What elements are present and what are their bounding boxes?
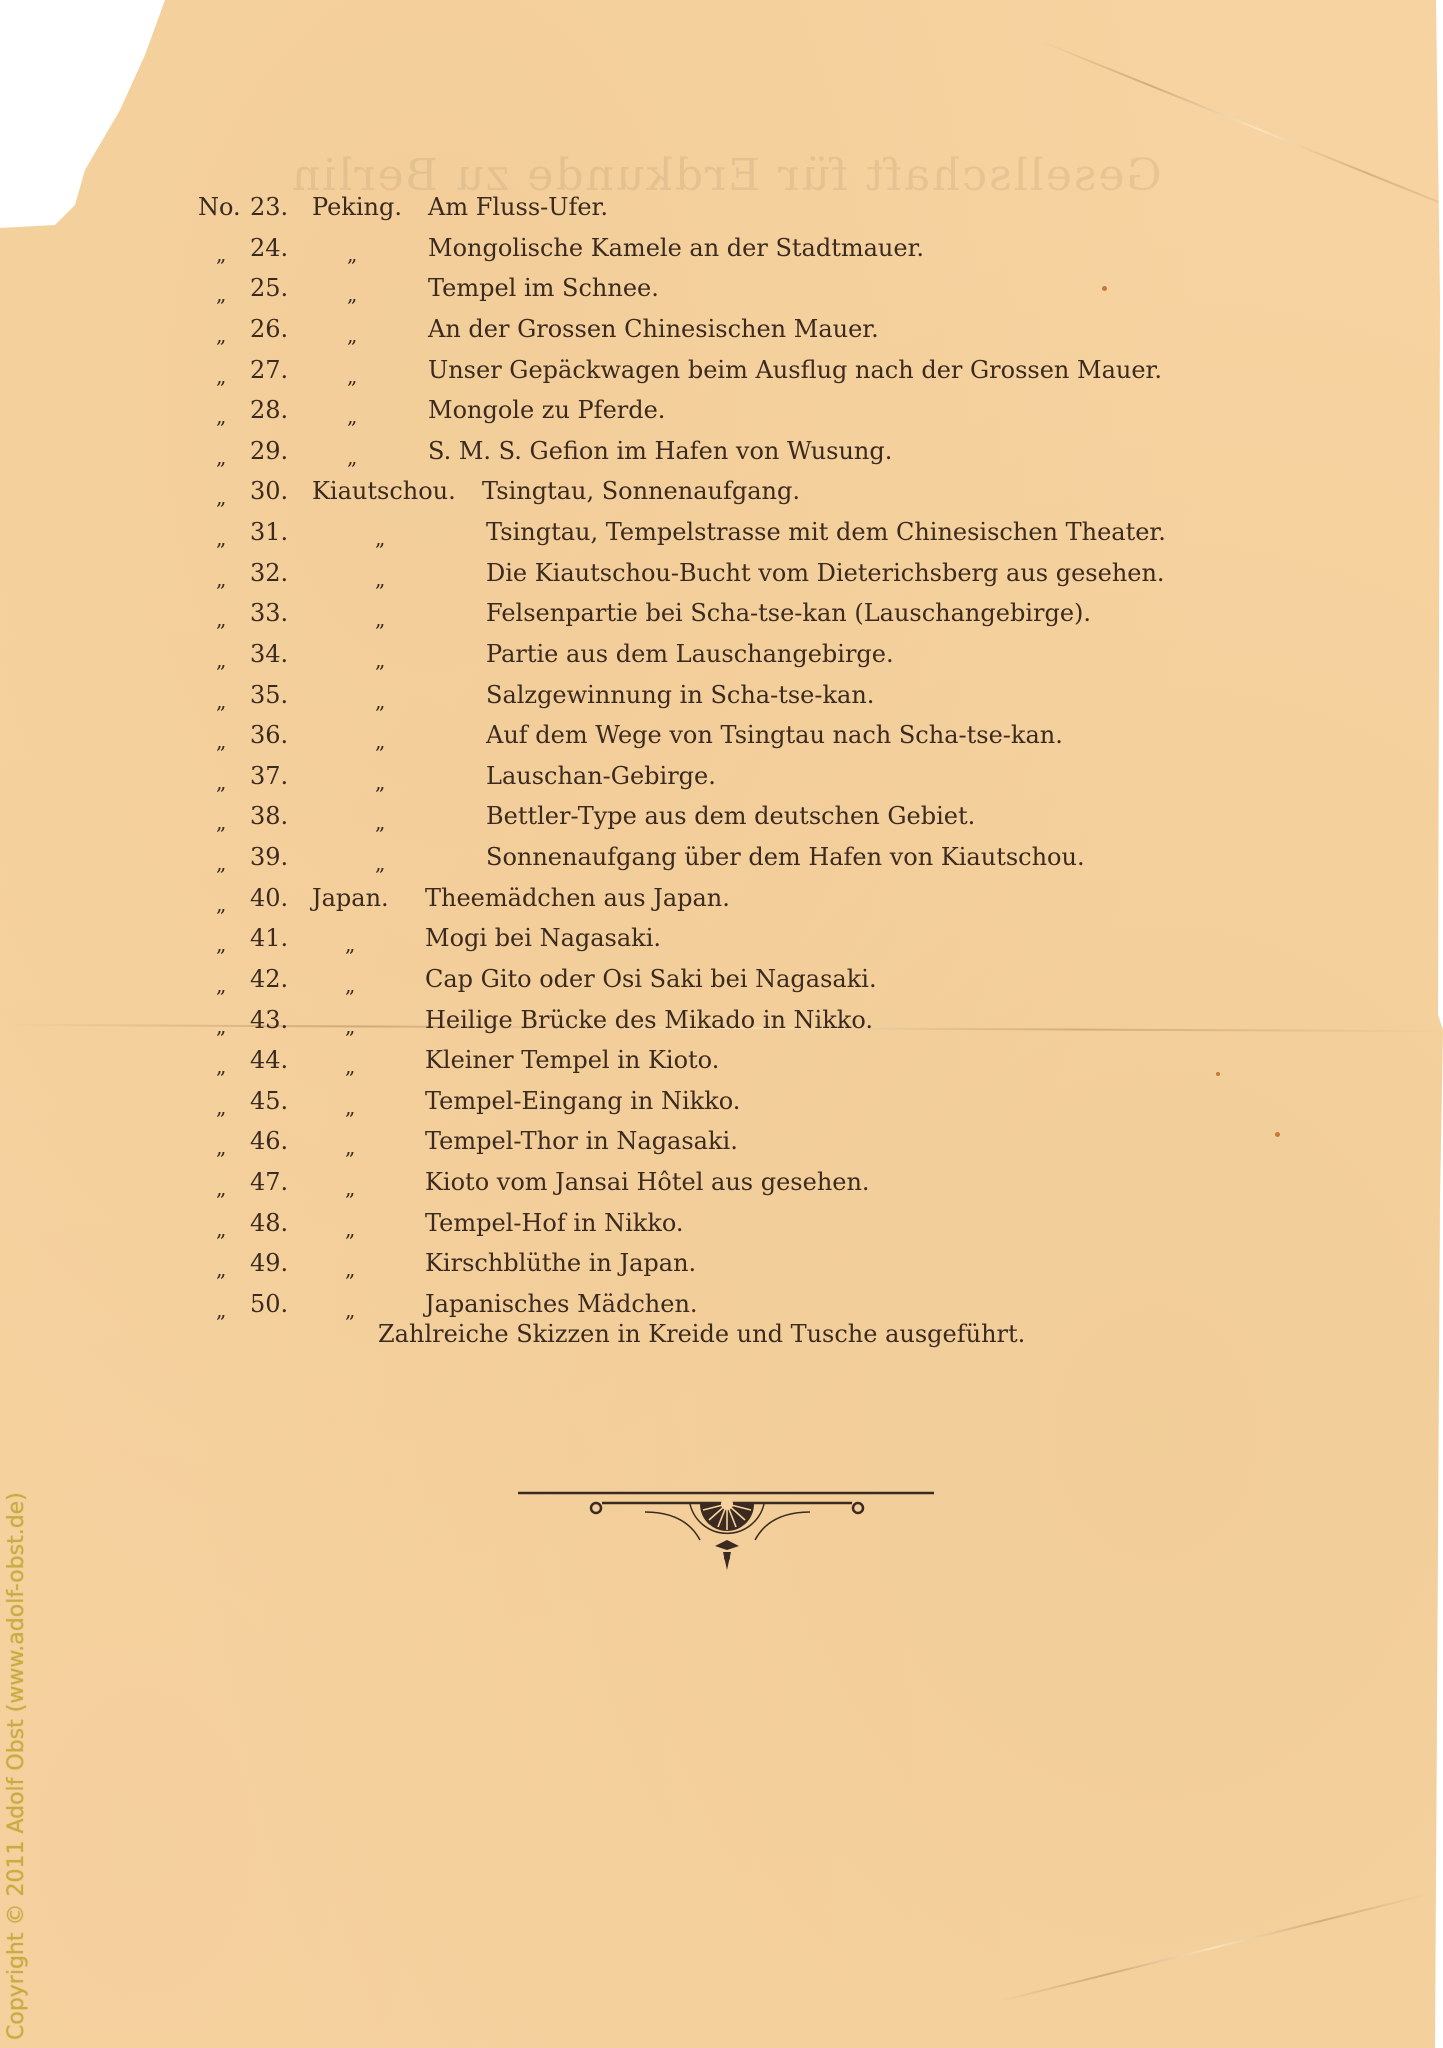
entry-number: 31.: [250, 517, 288, 547]
entry-number: 41.: [250, 923, 288, 953]
copyright-watermark: Copyright © 2011 Adolf Obst (www.adolf-o…: [4, 1492, 29, 2040]
entry-number: 36.: [250, 720, 288, 750]
entry-number: 49.: [250, 1248, 288, 1278]
entry-region: Japan.: [312, 883, 389, 913]
entry-description: Japanisches Mädchen.: [425, 1289, 698, 1319]
entry-description: Mogi bei Nagasaki.: [425, 923, 661, 953]
entry-number: 32.: [250, 558, 288, 588]
entry-region: „: [375, 807, 385, 837]
entry-region: „: [347, 401, 357, 431]
entry-region: „: [347, 239, 357, 269]
entry-region: „: [345, 1132, 355, 1162]
entry-number: 47.: [250, 1167, 288, 1197]
entry-number: 45.: [250, 1086, 288, 1116]
entry-description: Kleiner Tempel in Kioto.: [425, 1045, 719, 1075]
entry-region: „: [345, 1295, 355, 1325]
entry-region: „: [375, 523, 385, 553]
entry-number: 34.: [250, 639, 288, 669]
entry-number: 26.: [250, 314, 288, 344]
entry-description: Kirschblüthe in Japan.: [425, 1248, 696, 1278]
entry-description: Tempel im Schnee.: [428, 273, 659, 303]
entry-number: 43.: [250, 1005, 288, 1035]
paper-stain: [1275, 1132, 1280, 1137]
footer-note: Zahlreiche Skizzen in Kreide und Tusche …: [378, 1320, 1025, 1348]
entry-description: Tsingtau, Sonnenaufgang.: [482, 476, 800, 506]
entry-region: „: [345, 1051, 355, 1081]
entry-region: „: [345, 1092, 355, 1122]
bleed-through-heading: Gesellschaft für Erdkunde zu Berlin: [290, 150, 1162, 201]
entry-description: Felsenpartie bei Scha-tse-kan (Lauschang…: [486, 598, 1091, 628]
entry-description: Sonnenaufgang über dem Hafen von Kiautsc…: [486, 842, 1085, 872]
entry-region: „: [375, 726, 385, 756]
entry-region: „: [345, 1214, 355, 1244]
entry-region: „: [375, 645, 385, 675]
entry-description: An der Grossen Chinesischen Mauer.: [428, 314, 879, 344]
entry-region: „: [375, 604, 385, 634]
entry-description: Lauschan-Gebirge.: [486, 761, 716, 791]
paper-sheet: Gesellschaft für Erdkunde zu Berlin No. …: [0, 0, 1443, 2048]
entry-description: Cap Gito oder Osi Saki bei Nagasaki.: [425, 964, 877, 994]
entry-description: Mongolische Kamele an der Stadtmauer.: [428, 233, 924, 263]
entry-region: „: [347, 442, 357, 472]
decorative-rule-ornament-icon: [510, 1480, 940, 1570]
entry-region: „: [347, 279, 357, 309]
entry-description: Am Fluss-Ufer.: [428, 192, 608, 222]
entry-description: S. M. S. Gefion im Hafen von Wusung.: [428, 436, 892, 466]
entry-region: Peking.: [312, 192, 402, 222]
entry-region: „: [345, 970, 355, 1000]
entry-number: 33.: [250, 598, 288, 628]
entry-description: Bettler-Type aus dem deutschen Gebiet.: [486, 801, 975, 831]
entry-prefix: No.: [198, 192, 250, 222]
entry-region: „: [375, 767, 385, 797]
entry-description: Tempel-Eingang in Nikko.: [425, 1086, 740, 1116]
entry-description: Tempel-Hof in Nikko.: [425, 1208, 684, 1238]
entry-description: Partie aus dem Lauschangebirge.: [486, 639, 894, 669]
entry-region: „: [345, 929, 355, 959]
entry-description: Auf dem Wege von Tsingtau nach Scha-tse-…: [486, 720, 1063, 750]
entry-number: 48.: [250, 1208, 288, 1238]
entry-description: Tsingtau, Tempelstrasse mit dem Chinesis…: [486, 517, 1166, 547]
entry-description: Kioto vom Jansai Hôtel aus gesehen.: [425, 1167, 870, 1197]
entry-number: 27.: [250, 355, 288, 385]
entry-number: 30.: [250, 476, 288, 506]
entry-number: 39.: [250, 842, 288, 872]
entry-number: 29.: [250, 436, 288, 466]
entry-description: Mongole zu Pferde.: [428, 395, 665, 425]
entry-description: Heilige Brücke des Mikado in Nikko.: [425, 1005, 873, 1035]
entry-number: 44.: [250, 1045, 288, 1075]
entry-number: 42.: [250, 964, 288, 994]
entry-region: „: [345, 1254, 355, 1284]
entry-description: Unser Gepäckwagen beim Ausflug nach der …: [428, 355, 1162, 385]
entry-region: „: [347, 361, 357, 391]
entry-number: 24.: [250, 233, 288, 263]
paper-stain: [1102, 286, 1107, 291]
entry-description: Theemädchen aus Japan.: [425, 883, 730, 913]
entry-description: Salzgewinnung in Scha-tse-kan.: [486, 680, 874, 710]
paper-stain: [1216, 1072, 1220, 1076]
entry-number: 25.: [250, 273, 288, 303]
entry-description: Die Kiautschou-Bucht vom Dieterichsberg …: [486, 558, 1165, 588]
entry-number: 35.: [250, 680, 288, 710]
entry-number: 50.: [250, 1289, 288, 1319]
entry-region: „: [375, 564, 385, 594]
entry-number: 46.: [250, 1126, 288, 1156]
corner-crease: [1000, 1894, 1427, 2002]
entry-region: „: [375, 686, 385, 716]
entry-description: Tempel-Thor in Nagasaki.: [425, 1126, 738, 1156]
entry-region: „: [345, 1173, 355, 1203]
entry-region: Kiautschou.: [312, 476, 456, 506]
entry-region: „: [375, 848, 385, 878]
entry-number: 28.: [250, 395, 288, 425]
entry-number: 37.: [250, 761, 288, 791]
entry-region: „: [345, 1011, 355, 1041]
entry-number: 23.: [250, 192, 288, 222]
entry-region: „: [347, 320, 357, 350]
entry-number: 40.: [250, 883, 288, 913]
entry-number: 38.: [250, 801, 288, 831]
